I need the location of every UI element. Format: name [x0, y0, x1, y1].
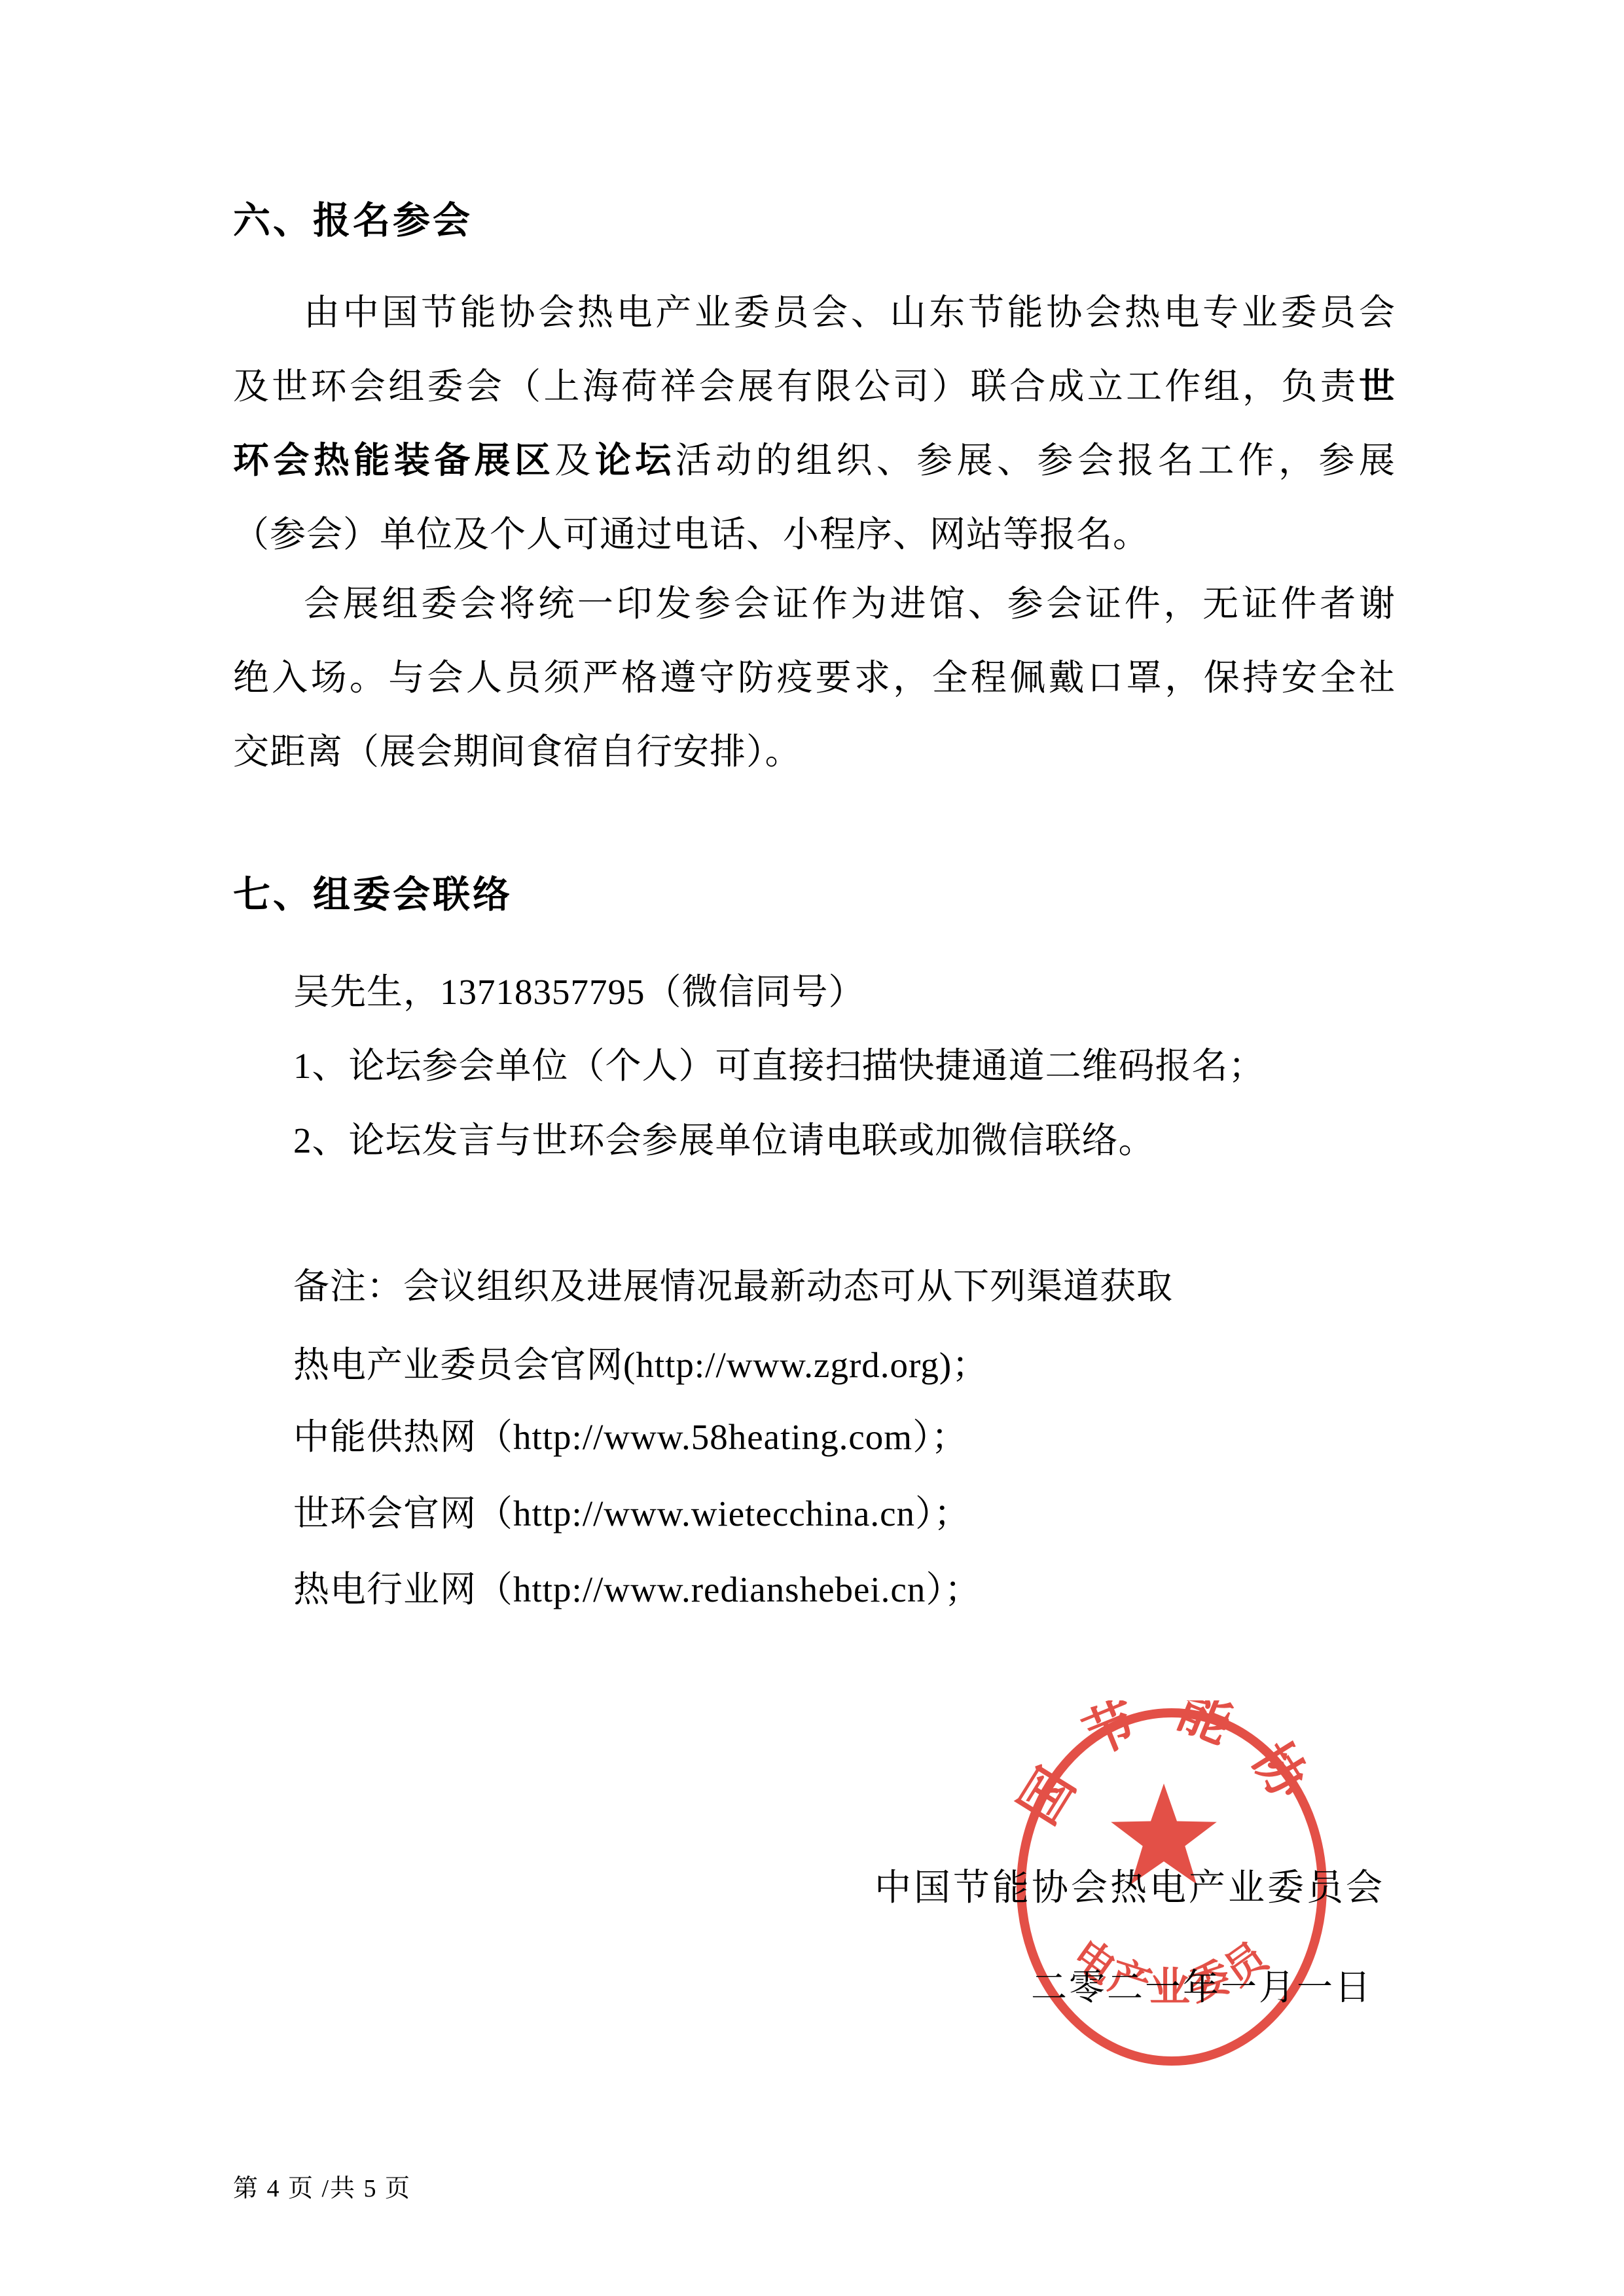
section7-heading: 七、组委会联络: [233, 872, 513, 918]
paragraph-line: （参会）单位及个人可通过电话、小程序、网站等报名。: [233, 497, 1396, 571]
paragraph-line: 交距离（展会期间食宿自行安排）。: [233, 715, 1396, 789]
channel-link-zgrd: 热电产业委员会官网(http://www.zgrd.org)；: [233, 1344, 1456, 1386]
section6-paragraph2: 会展组委会将统一印发参会证作为进馆、参会证件，无证件者谢 绝入场。与会人员须严格…: [233, 567, 1396, 789]
contact-item-1: 1、论坛参会单位（个人）可直接扫描快捷通道二维码报名；: [233, 1045, 1456, 1087]
document-page: 六、报名参会 由中国节能协会热电产业委员会、山东节能协会热电专业委员会 及世环会…: [0, 0, 1624, 2296]
paragraph-line: 环会热能装备展区及论坛活动的组织、参展、参会报名工作，参展: [233, 423, 1396, 497]
section6-heading: 六、报名参会: [233, 198, 473, 244]
channel-link-wietecchina: 世环会官网（http://www.wietecchina.cn）；: [233, 1493, 1456, 1535]
channel-link-58heating: 中能供热网（http://www.58heating.com）；: [233, 1416, 1456, 1458]
contact-line: 吴先生，13718357795（微信同号）: [233, 971, 1456, 1013]
paragraph-line: 会展组委会将统一印发参会证作为进馆、参会证件，无证件者谢: [233, 567, 1396, 641]
paragraph-line: 及世环会组委会（上海荷祥会展有限公司）联合成立工作组，负责世: [233, 350, 1396, 423]
page-number-footer: 第 4 页 /共 5 页: [233, 2168, 411, 2204]
signature-organization: 中国节能协会热电产业委员会: [875, 1859, 1385, 1911]
contact-item-2: 2、论坛发言与世环会参展单位请电联或加微信联络。: [233, 1120, 1456, 1162]
channel-link-redianshebei: 热电行业网（http://www.redianshebei.cn）；: [233, 1569, 1456, 1611]
section6-paragraph1: 由中国节能协会热电产业委员会、山东节能协会热电专业委员会 及世环会组委会（上海荷…: [233, 276, 1396, 571]
paragraph-line: 绝入场。与会人员须严格遵守防疫要求，全程佩戴口罩，保持安全社: [233, 641, 1396, 715]
paragraph-line: 由中国节能协会热电产业委员会、山东节能协会热电专业委员会: [233, 276, 1396, 350]
note-line: 备注：会议组织及进展情况最新动态可从下列渠道获取: [233, 1266, 1456, 1308]
signature-date: 二零二一年一月一日: [1031, 1958, 1373, 2010]
